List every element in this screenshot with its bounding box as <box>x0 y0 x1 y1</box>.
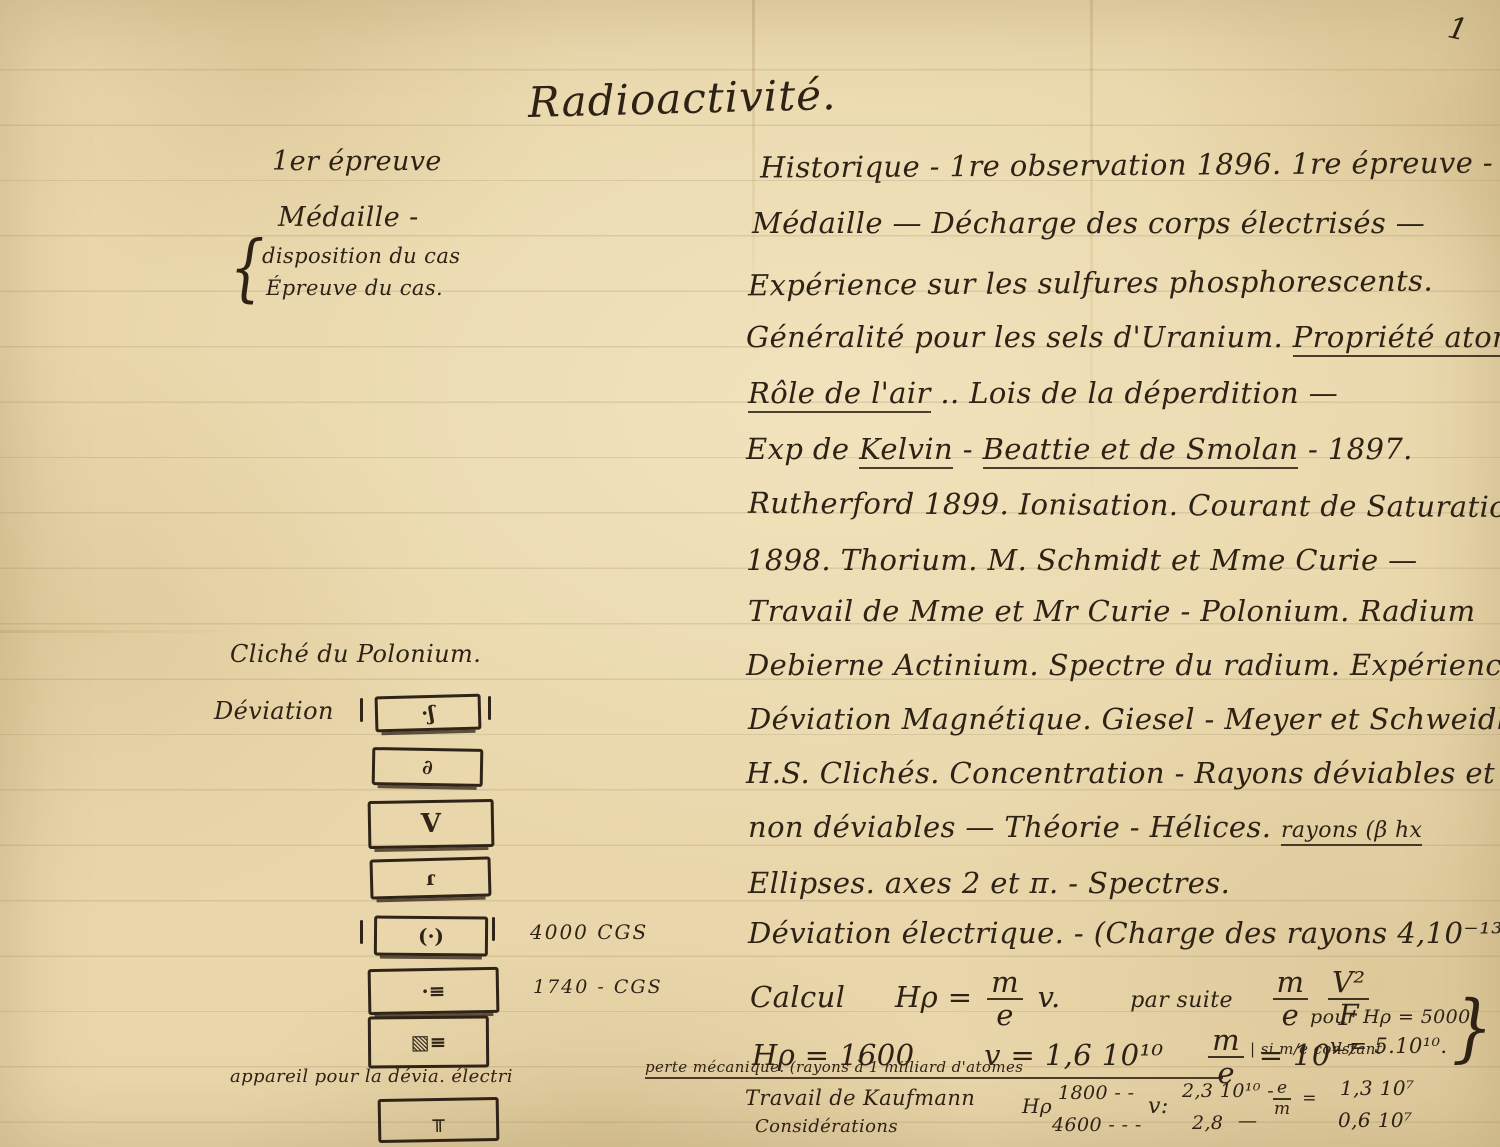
formula-condition-top: pour Hρ = 5000 <box>1310 1006 1471 1028</box>
deviation-sketch-1: ·ʃ <box>375 694 482 733</box>
paper-crease <box>0 630 260 633</box>
note-line-role-air: Rôle de l'air .. Lois de la déperdition … <box>748 376 1338 410</box>
fraction-e-m: em = <box>1268 1080 1317 1118</box>
deviation-sketch-2: ∂ <box>372 747 484 787</box>
fraction-m-e: me <box>987 968 1023 1030</box>
fraction-numerator: e <box>1273 1080 1291 1100</box>
fraction-numerator: m <box>1273 968 1309 1000</box>
note-line-non-deviables: non déviables — Théorie - Hélices. rayon… <box>748 810 1422 844</box>
note-line-deviation-magnetique: Déviation Magnétique. Giesel - Meyer et … <box>748 702 1500 736</box>
fraction-denominator: m <box>1273 1100 1291 1118</box>
note-text: - 1897. <box>1298 432 1412 466</box>
margin-note-epreuve: 1er épreuve <box>272 146 442 177</box>
considerations-label: Considérations <box>755 1116 898 1137</box>
kaufmann-row2-em: 0,6 10⁷ <box>1338 1108 1412 1132</box>
kaufmann-v-label: v: <box>1148 1094 1169 1119</box>
note-text-underlined: Propriété atomique <box>1293 320 1500 357</box>
fraction-numerator: m <box>1208 1026 1244 1058</box>
fraction-m-e: me <box>1273 968 1309 1030</box>
note-text-underlined: Kelvin <box>859 432 953 469</box>
fraction-numerator: m <box>987 968 1023 1000</box>
sketch-glyph: (·) <box>418 926 444 946</box>
deviation-sketch-5: (·) <box>374 916 488 957</box>
note-line-cliches: H.S. Clichés. Concentration - Rayons dév… <box>746 756 1495 790</box>
margin-cgs-4000: 4000 CGS <box>530 920 648 944</box>
formula-v: v. <box>1038 980 1061 1014</box>
note-line-debierne: Debierne Actinium. Spectre du radium. Ex… <box>746 648 1500 682</box>
note-line-medaille: Médaille — Décharge des corps électrisés… <box>752 206 1425 240</box>
note-line-perte: perte mécanique. (rayons à 1 milliard d'… <box>645 1058 1223 1079</box>
page-number: 1 <box>1445 10 1471 48</box>
kaufmann-row1-v: 2,3 10¹⁰ - <box>1182 1080 1274 1102</box>
margin-note-disposition: disposition du cas <box>262 244 460 268</box>
kaufmann-row1-em: 1,3 10⁷ <box>1340 1076 1414 1100</box>
formula-eq: Hρ = <box>895 980 972 1014</box>
tick-mark <box>492 917 495 941</box>
margin-cgs-1740: 1740 - CGS <box>533 976 663 998</box>
sketch-glyph: V <box>421 811 442 837</box>
page-title: Radioactivité. <box>527 70 837 127</box>
kaufmann-row2-dash: — <box>1238 1110 1257 1132</box>
note-line-kelvin: Exp de Kelvin - Beattie et de Smolan - 1… <box>746 432 1413 466</box>
tick-mark <box>488 696 491 720</box>
sketch-glyph: ∂ <box>422 757 433 777</box>
sketch-glyph: ▧≡ <box>411 1032 447 1052</box>
note-line-generalite: Généralité pour les sels d'Uranium. Prop… <box>746 320 1500 354</box>
note-line-experience: Expérience sur les sulfures phosphoresce… <box>748 264 1433 303</box>
deviation-sketch-8: ╥ <box>378 1097 500 1143</box>
deviation-sketch-7: ▧≡ <box>368 1015 489 1068</box>
formula-mid: par suite <box>1130 988 1233 1013</box>
note-text: Déviation électrique. - (Charge des rayo… <box>748 916 1500 950</box>
note-line-rutherford: Rutherford 1899. Ionisation. Courant de … <box>748 486 1500 524</box>
kaufmann-label: Travail de Kaufmann <box>745 1086 975 1110</box>
note-line-thorium: 1898. Thorium. M. Schmidt et Mme Curie — <box>746 543 1418 577</box>
tick-mark <box>360 920 363 944</box>
margin-note-medaille: Médaille - <box>278 202 419 233</box>
kaufmann-row2-v: 2,8 <box>1192 1112 1223 1134</box>
kaufmann-row1-hrho: 1800 - - <box>1058 1082 1134 1104</box>
sketch-glyph: ·≡ <box>421 981 445 1001</box>
note-line-historique: Historique - 1re observation 1896. 1re é… <box>760 145 1493 184</box>
note-text: Généralité pour les sels d'Uranium. <box>746 320 1293 354</box>
kaufmann-hrho: Hρ <box>1022 1094 1052 1118</box>
kaufmann-row2-hrho: 4600 - - - <box>1052 1114 1142 1136</box>
margin-brace: { <box>230 225 265 310</box>
note-text: - <box>953 432 982 466</box>
margin-note-appareil: appareil pour la dévia. électri <box>230 1066 513 1087</box>
tick-mark <box>360 698 363 722</box>
margin-note-cliche-polonium: Cliché du Polonium. <box>230 640 481 668</box>
note-text: non déviables — Théorie - Hélices. <box>748 810 1281 844</box>
margin-note-deviation: Déviation <box>214 697 334 725</box>
formula-line-calcul: Calcul Hρ = me v. par suite me V²F <box>750 968 1374 1030</box>
kaufmann-eq: = <box>1302 1089 1317 1109</box>
deviation-sketch-3: V <box>368 799 495 849</box>
formula-brace: } <box>1452 986 1493 1071</box>
fraction-numerator: V² <box>1328 968 1369 1000</box>
sketch-glyph: ɾ <box>426 868 436 888</box>
note-line-ellipses: Ellipses. axes 2 et π. - Spectres. <box>748 866 1230 900</box>
deviation-sketch-4: ɾ <box>369 856 491 899</box>
manuscript-page: 1 Radioactivité. 1er épreuve Médaille - … <box>0 0 1500 1147</box>
note-text-underlined: Beattie et de Smolan <box>983 432 1299 469</box>
deviation-sketch-6: ·≡ <box>368 967 500 1015</box>
sketch-glyph: ·ʃ <box>421 703 435 723</box>
sketch-glyph: ╥ <box>432 1110 444 1130</box>
note-line-travail-curie: Travail de Mme et Mr Curie - Polonium. R… <box>748 594 1476 628</box>
note-text-underlined: Rôle de l'air <box>748 376 931 413</box>
note-text: .. Lois de la déperdition — <box>931 376 1338 410</box>
formula-label: Calcul <box>750 980 845 1014</box>
formula-condition-bottom: v = 5.10¹⁰. <box>1330 1034 1447 1058</box>
note-text: Exp de <box>746 432 859 466</box>
note-line-deviation-electrique: Déviation électrique. - (Charge des rayo… <box>748 916 1500 950</box>
margin-note-epreuve-cas: Épreuve du cas. <box>266 276 443 300</box>
note-text-underlined: rayons (β hx <box>1281 818 1422 846</box>
